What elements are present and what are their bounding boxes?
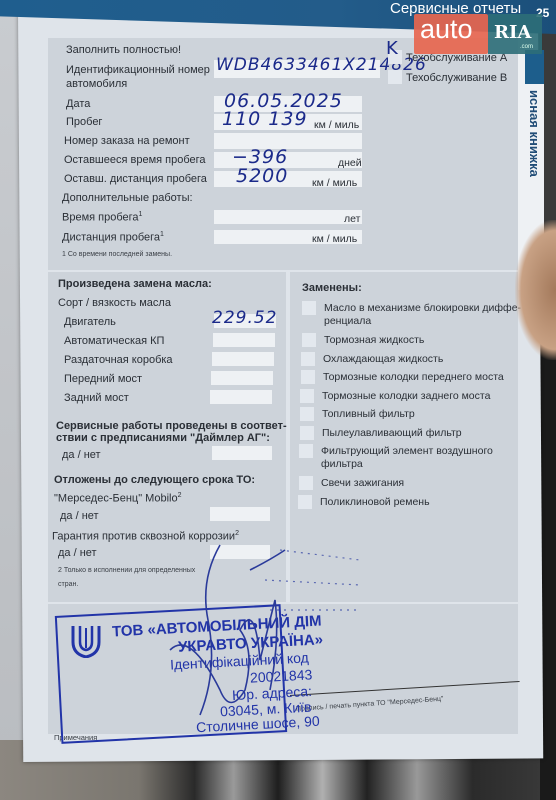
replaced-item-label: Тормозная жидкость xyxy=(324,334,424,346)
extra-work-label: Дополнительные работы: xyxy=(62,192,193,204)
oil-row-label: Задний мост xyxy=(64,392,129,404)
replaced-checkbox[interactable] xyxy=(300,426,314,440)
checkbox-service-b[interactable] xyxy=(388,70,402,84)
oil-row-value: 229.52 xyxy=(212,308,277,328)
daimler-yes-no-label: да / нет xyxy=(62,449,101,461)
footnote-2-cont: стран. xyxy=(58,581,78,588)
corrosion-footnote-mark: 2 xyxy=(235,530,239,537)
oil-title: Произведена замена масла: xyxy=(58,278,212,290)
date-label: Дата xyxy=(66,98,90,110)
fill-note: Заполнить полностью! xyxy=(66,44,181,56)
company-logo-icon xyxy=(70,622,102,658)
replaced-item-label: Пылеулавливающий фильтр xyxy=(322,427,462,439)
postponed-title: Отложены до следующего срока ТО: xyxy=(54,474,255,486)
replaced-item-label: Фильтрующий элемент воздушного xyxy=(321,445,493,457)
mobilo-label: "Мерседес-Бенц" Mobilo2 xyxy=(54,492,181,505)
watermark-ria-text: RIA xyxy=(494,22,531,43)
daimler-title-2: ствии с предписаниями "Даймлер АГ": xyxy=(56,432,270,444)
oil-row-field[interactable] xyxy=(213,333,275,347)
mobilo-label-text: "Мерседес-Бенц" Mobilo xyxy=(54,493,178,505)
replaced-item-label: Тормозные колодки переднего моста xyxy=(323,371,504,383)
mobilo-footnote-mark: 2 xyxy=(178,492,182,499)
replaced-checkbox[interactable] xyxy=(302,301,316,315)
oil-row-label: Двигатель xyxy=(64,316,116,328)
replaced-item-label: Охлаждающая жидкость xyxy=(323,353,443,365)
replaced-item-label: Топливный фильтр xyxy=(322,408,415,420)
service-b-label: Техобслуживание В xyxy=(406,72,507,84)
spine-marker xyxy=(525,50,544,84)
run-dist-label-text: Дистанция пробега xyxy=(62,232,160,244)
replaced-item-label: Масло в механизме блокировки диффе- xyxy=(324,302,521,314)
replaced-title: Заменены: xyxy=(302,282,362,294)
mileage-unit: км / миль xyxy=(314,119,359,131)
mileage-label: Пробег xyxy=(66,116,102,128)
replaced-checkbox[interactable] xyxy=(300,389,314,403)
oil-row-label: Передний мост xyxy=(64,373,142,385)
replaced-item-label: Тормозные колодки заднего моста xyxy=(322,390,490,402)
replaced-checkbox[interactable] xyxy=(298,495,312,509)
vin-label: Идентификационный номер xyxy=(66,64,210,76)
replaced-checkbox[interactable] xyxy=(299,476,313,490)
footnote-1: 1 Со времени последней замены. xyxy=(62,251,172,258)
replaced-item-label-cont: фильтра xyxy=(321,458,363,470)
thumb xyxy=(515,220,556,360)
mobilo-yes-no-label: да / нет xyxy=(60,510,99,522)
remaining-dist-label: Оставш. дистанция пробега xyxy=(64,173,207,185)
run-dist-label: Дистанция пробега1 xyxy=(62,231,164,244)
oil-grade-label: Сорт / вязкость масла xyxy=(58,297,171,309)
remaining-dist-value: 5200 xyxy=(236,165,288,187)
mileage-value: 110 139 xyxy=(222,108,308,130)
replaced-item-label: Поликлиновой ремень xyxy=(320,496,430,508)
replaced-checkbox[interactable] xyxy=(299,444,313,458)
service-a-checkmark: K xyxy=(386,38,399,59)
remaining-time-label: Оставшееся время пробега xyxy=(64,154,206,166)
order-label: Номер заказа на ремонт xyxy=(64,135,190,147)
corrosion-yes-no-label: да / нет xyxy=(58,547,97,559)
replaced-checkbox[interactable] xyxy=(300,407,314,421)
run-dist-footnote-mark: 1 xyxy=(160,231,164,238)
run-time-footnote-mark: 1 xyxy=(139,211,143,218)
watermark-domain: .com xyxy=(520,44,533,50)
oil-row-label: Автоматическая КП xyxy=(64,335,164,347)
vin-label-2: автомобиля xyxy=(66,78,127,90)
oil-row-label: Раздаточная коробка xyxy=(64,354,173,366)
remaining-time-unit: дней xyxy=(338,157,362,169)
run-dist-unit: км / миль xyxy=(312,233,357,245)
replaced-checkbox[interactable] xyxy=(302,333,316,347)
replaced-item-label-cont: ренциала xyxy=(324,315,371,327)
run-time-field[interactable] xyxy=(214,210,362,224)
oil-row-field[interactable] xyxy=(212,352,274,366)
daimler-title-1: Сервисные работы проведены в соответ- xyxy=(56,420,287,432)
watermark-auto-text: auto xyxy=(420,14,473,45)
oil-row-field[interactable] xyxy=(210,390,272,404)
spine-label-text: исная книжка xyxy=(527,90,542,177)
replaced-checkbox[interactable] xyxy=(301,370,315,384)
run-time-label: Время пробега1 xyxy=(62,211,142,224)
run-time-unit: лет xyxy=(344,213,360,225)
handwritten-signature xyxy=(160,540,360,740)
replaced-checkbox[interactable] xyxy=(301,352,315,366)
run-time-label-text: Время пробега xyxy=(62,212,139,224)
mobilo-yes-no-field[interactable] xyxy=(210,507,270,521)
oil-row-field[interactable] xyxy=(211,371,273,385)
replaced-item-label: Свечи зажигания xyxy=(321,477,404,489)
remaining-dist-unit: км / миль xyxy=(312,177,357,189)
daimler-yes-no-field[interactable] xyxy=(212,446,272,460)
